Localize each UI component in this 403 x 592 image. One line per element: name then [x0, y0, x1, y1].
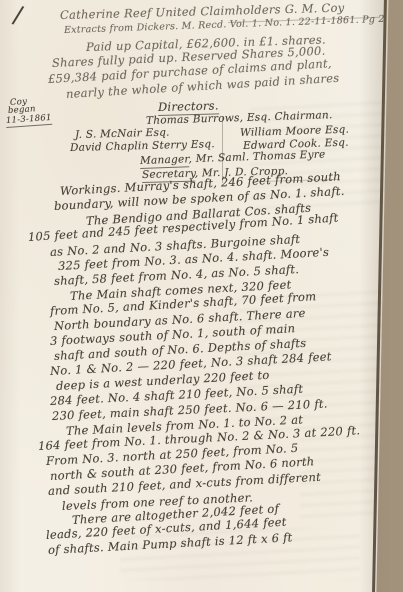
- page-number-mark: /: [11, 0, 26, 29]
- director-name: David Chaplin Sterry Esq.: [70, 138, 215, 154]
- margin-note-date: 11-3-1861: [6, 113, 53, 128]
- manager-label: Manager: [140, 153, 189, 169]
- manuscript-page: / Catherine Reef United Claimholders G. …: [0, 0, 403, 592]
- manager-name: , Mr. Saml. Thomas Eyre: [188, 149, 325, 166]
